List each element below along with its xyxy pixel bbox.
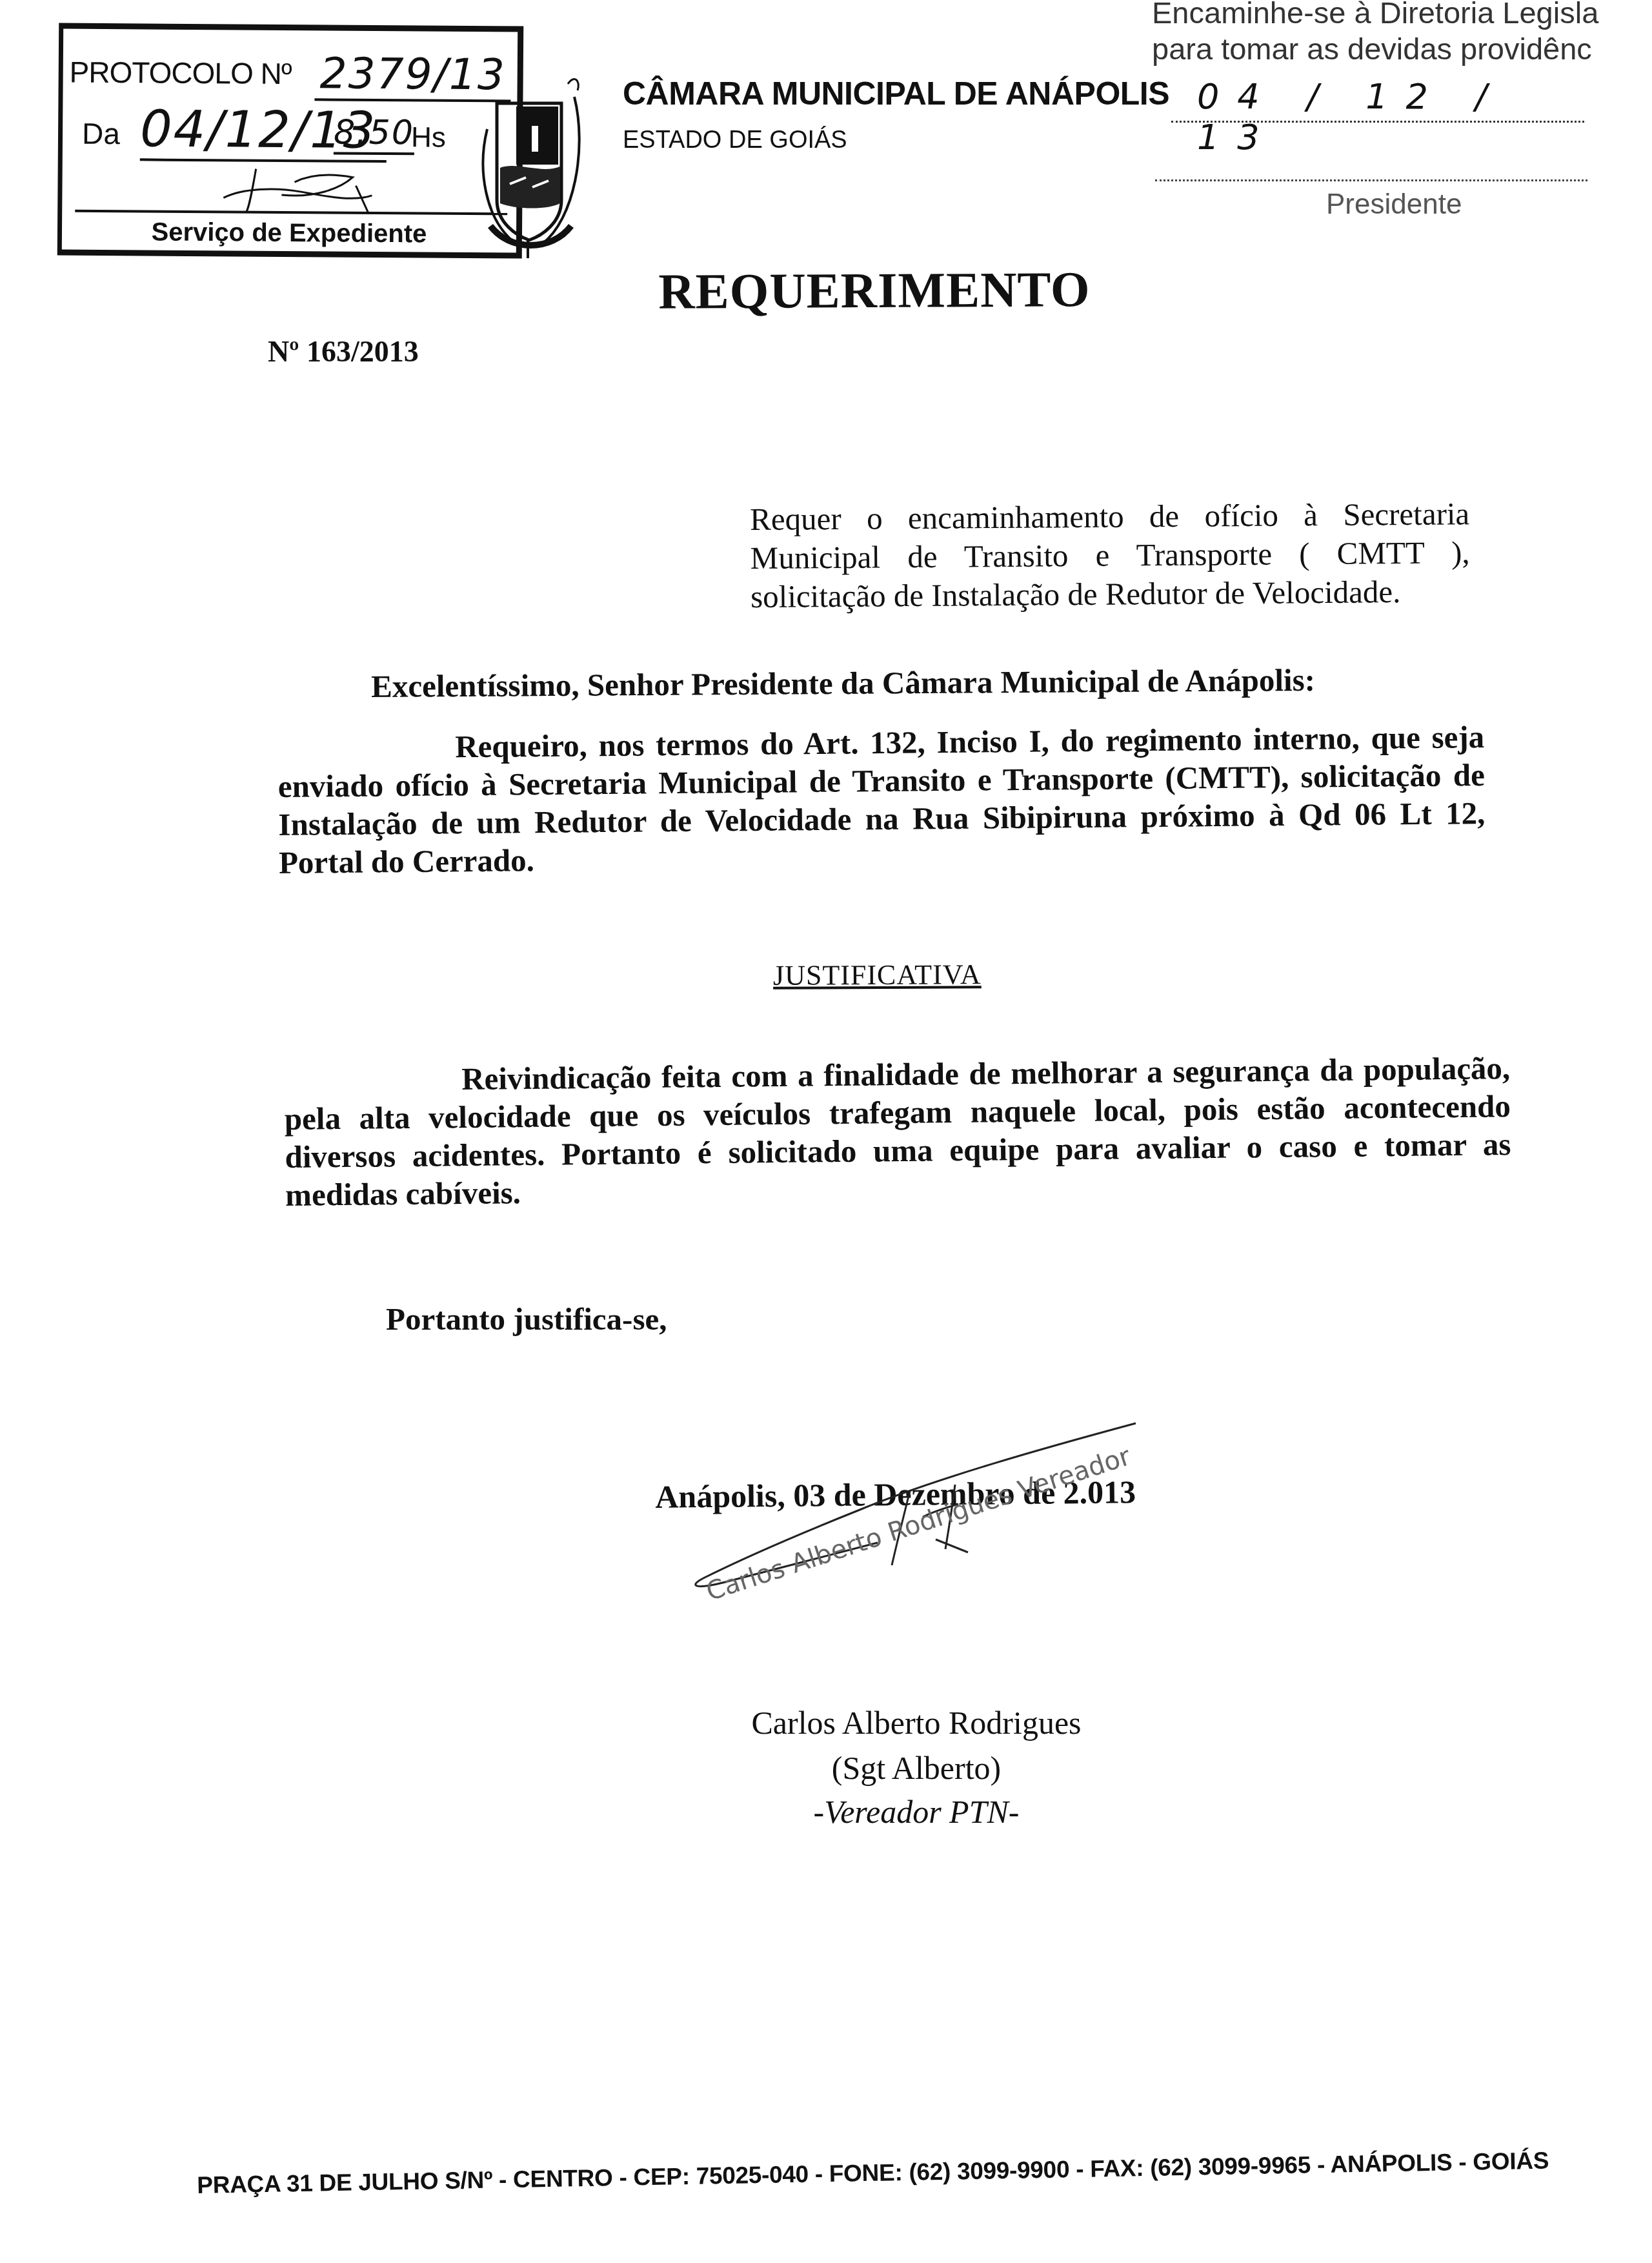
- signature-stamp-text: Carlos Alberto Rodrigues Vereador: [703, 1441, 1134, 1607]
- organization-state: ESTADO DE GOIÁS: [623, 127, 847, 154]
- protocol-time: 8:50: [334, 113, 414, 155]
- dispatch-note: Encaminhe-se à Diretoria Legisla para to…: [1152, 0, 1652, 67]
- salutation: Excelentíssimo, Senhor Presidente da Câm…: [371, 662, 1315, 705]
- signer-role: -Vereador PTN-: [0, 1793, 1652, 1831]
- document-title: REQUERIMENTO: [0, 257, 1652, 324]
- dispatch-line-2: para tomar as devidas providênc: [1152, 31, 1652, 67]
- dispatch-line-1: Encaminhe-se à Diretoria Legisla: [1152, 0, 1652, 31]
- request-paragraph: Requeiro, nos termos do Art. 132, Inciso…: [277, 718, 1486, 882]
- stamp-signature-icon: [217, 162, 385, 215]
- signer-alias: (Sgt Alberto): [0, 1749, 1652, 1787]
- coat-of-arms-icon: [478, 71, 584, 258]
- protocol-time-label: Hs: [411, 121, 446, 154]
- document-summary: Requer o encaminhamento de ofício à Secr…: [750, 494, 1470, 616]
- stamp-caption: Serviço de Expediente: [62, 218, 516, 250]
- dispatch-signature-line: [1155, 179, 1587, 181]
- organization-name: CÂMARA MUNICIPAL DE ANÁPOLIS: [623, 75, 1169, 112]
- signer-name: Carlos Alberto Rodrigues: [0, 1704, 1652, 1741]
- justification-paragraph: Reivindicação feita com a finalidade de …: [284, 1049, 1511, 1214]
- document-number: Nº 163/2013: [268, 334, 419, 369]
- dispatch-signatory-role: Presidente: [1326, 188, 1462, 221]
- protocol-stamp: PROTOCOLO Nº 2379/13 Da 04/12/13 8:50 Hs…: [57, 23, 523, 258]
- dispatch-date: 04 / 12 / 13: [1171, 76, 1584, 123]
- justification-heading: JUSTIFICATIVA: [773, 958, 982, 992]
- councilor-signature-icon: Carlos Alberto Rodrigues Vereador: [665, 1420, 1155, 1633]
- protocol-label: PROTOCOLO Nº: [70, 55, 292, 91]
- closing-line: Portanto justifica-se,: [386, 1301, 667, 1337]
- footer-address: PRAÇA 31 DE JULHO S/Nº - CENTRO - CEP: 7…: [197, 2147, 1549, 2199]
- protocol-date-label: Da: [82, 116, 120, 151]
